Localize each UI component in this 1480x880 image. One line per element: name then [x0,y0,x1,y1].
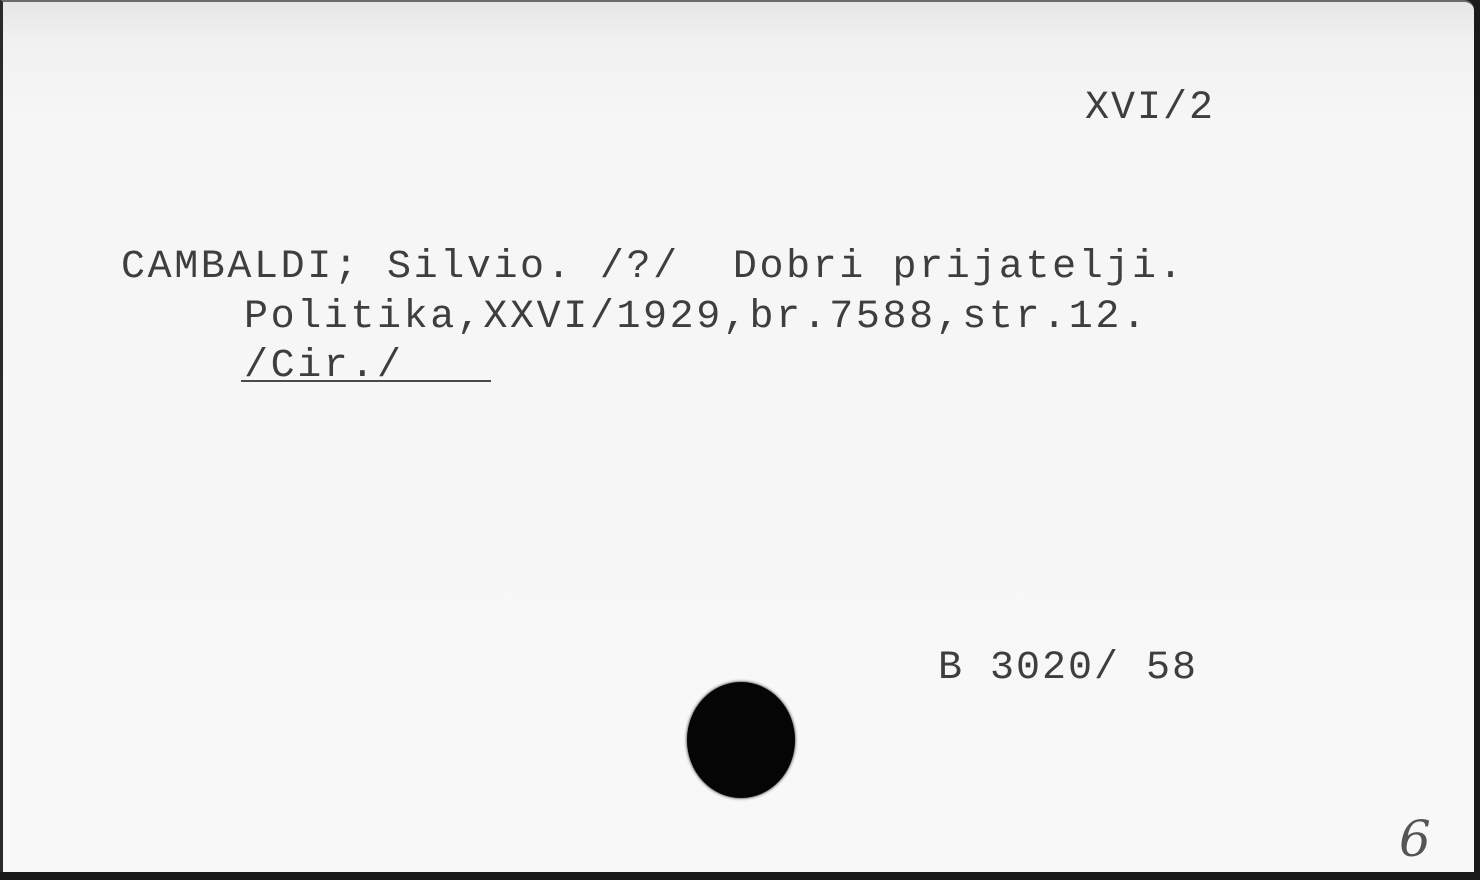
punch-hole-icon [687,682,795,798]
handwritten-number: 6 [1399,810,1431,868]
entry-author-title: CAMBALDI; Silvio. /?/ Dobri prijatelji. [121,245,1185,290]
entry-source: Politika,XXVI/1929,br.7588,str.12. [244,295,1149,340]
classification-mark: XVI/2 [1085,86,1215,131]
entry-script-note: /Cir./ [244,344,404,389]
shelf-mark: B 3020/ 58 [938,646,1198,691]
catalog-card: XVI/2 CAMBALDI; Silvio. /?/ Dobri prijat… [0,0,1474,872]
